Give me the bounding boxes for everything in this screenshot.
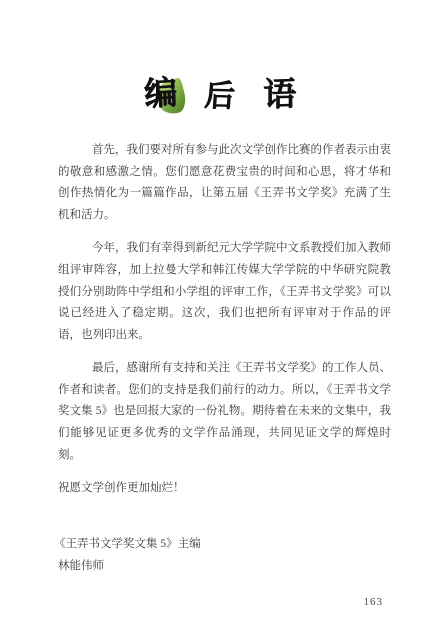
signature-name-line: 林能伟师 [58, 556, 391, 578]
title-char: 语 [262, 67, 304, 115]
closing-wish: 祝愿文学创作更加灿烂！ [58, 478, 391, 500]
paragraph-3: 最后，感谢所有支持和关注《王弄书文学奖》的工作人员、作者和读者。您们的支持是我们… [58, 358, 391, 467]
signature-role-line: 《王弄书文学奖文集 5》主编 [54, 534, 391, 556]
page-number: 163 [364, 596, 384, 608]
paragraph-2: 今年，我们有幸得到新纪元大学学院中文系教授们加入教师组评审阵容，加上拉曼大学和韩… [58, 238, 391, 347]
afterword-body: 首先，我们要对所有参与此次文学创作比赛的作者表示由衷的敬意和感激之情。您们愿意花… [58, 140, 391, 578]
paragraph-1: 首先，我们要对所有参与此次文学创作比赛的作者表示由衷的敬意和感激之情。您们愿意花… [58, 140, 391, 227]
title-char: 后 [203, 71, 245, 116]
title-char: 编 [143, 66, 187, 116]
book-page: 编 后 语 首先，我们要对所有参与此次文学创作比赛的作者表示由衷的敬意和感激之情… [0, 0, 448, 640]
page-title-block: 编 后 语 [0, 68, 448, 118]
page-title: 编 后 语 [143, 68, 305, 115]
